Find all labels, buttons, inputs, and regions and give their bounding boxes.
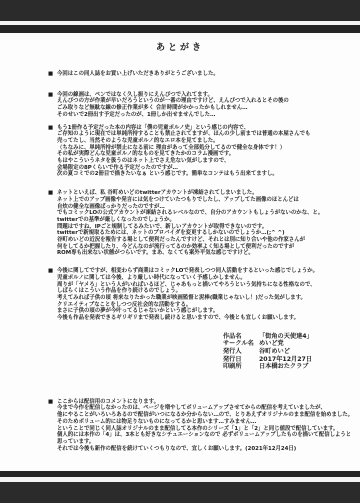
bottom-border-band [0,482,360,503]
bullet-square-icon: ■ [48,71,57,78]
paragraph-text: 今後に関してですが、相変わらず商業はコミックLOで発表しつつ同人活動をするといっ… [57,268,318,322]
afterword-paragraph-second-book: ■ もう1冊作る予定だった本の内容は「僕の児童ポルノ史」という感じの内容で、 ご… [48,125,356,179]
colophon-value: 日本橋おたクラブ [259,363,356,371]
top-border-band [0,0,360,21]
top-dark-stripe [0,25,360,33]
colophon-value: めいど党 [259,340,356,348]
afterword-page: あとがき ■ 今回はこの同人誌をお買い上げいただきありがとうございました。 ■ … [0,33,360,471]
afterword-paragraph-thanks: ■ 今回はこの同人誌をお買い上げいただきありがとうございました。 [48,71,356,78]
colophon-row-printer: 印刷所 日本橋おたクラブ [223,363,356,371]
page-title: あとがき [4,33,356,53]
colophon-label: 印刷所 [223,363,259,371]
afterword-paragraph-future: ■ 今後に関してですが、相変わらず商業はコミックLOで発表しつつ同人活動をすると… [48,268,356,322]
afterword-paragraph-twitter: ■ ネットといえば、私 谷町めいどのtwitterアカウントが凍結されてしまいま… [48,190,356,257]
colophon-label: サークル名 [223,340,259,348]
paragraph-text: もう1冊作る予定だった本の内容は「僕の児童ポルノ史」という感じの内容で、 ご存知… [57,125,310,179]
colophon-value: 谷町めいど [259,348,356,356]
bullet-square-icon: ■ [48,125,57,132]
bullet-square-icon: ■ [48,190,57,197]
bullet-square-icon: ■ [48,268,57,275]
paragraph-text: ネットといえば、私 谷町めいどのtwitterアカウントが凍結されてしまいました… [57,190,323,257]
colophon-row-publisher: 発行人 谷町めいど [223,348,356,356]
paragraph-text: ここからは配信用のコメントになります。 今まで今作を配信しなかったのは、ページを… [57,399,353,453]
paragraph-text: 今回の線画は、ペンではなく久し振りにえんぴつで入れてます。 えんぴつの方が作業が… [57,92,289,119]
afterword-paragraph-pencil: ■ 今回の線画は、ペンではなく久し振りにえんぴつで入れてます。 えんぴつの方が作… [48,92,356,119]
paragraph-text: 今回はこの同人誌をお買い上げいただきありがとうございました。 [57,71,219,78]
bullet-square-icon: ■ [48,399,57,406]
afterword-paragraph-digital-release: ■ ここからは配信用のコメントになります。 今まで今作を配信しなかったのは、ペー… [48,399,356,453]
colophon-label: 発行人 [223,348,259,356]
colophon: 作品名 「街角の天使達4」 サークル名 めいど党 発行人 谷町めいど 発行日 2… [223,333,356,371]
bullet-square-icon: ■ [48,92,57,99]
colophon-row-circle: サークル名 めいど党 [223,340,356,348]
